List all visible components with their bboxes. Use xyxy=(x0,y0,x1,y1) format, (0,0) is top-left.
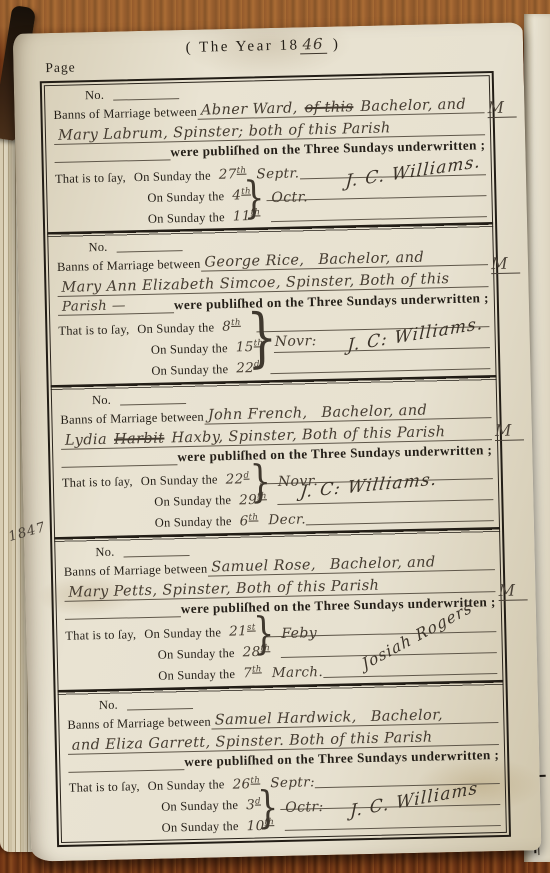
banns-label: Banns of Marriage between xyxy=(64,562,208,580)
that-is-label: That is to ſay, xyxy=(55,170,126,187)
day-number: 27 xyxy=(219,166,237,182)
second-sunday-row: On Sunday the 28th xyxy=(158,638,497,662)
parish-overflow: Parish — xyxy=(62,298,126,315)
parish-overflow-line xyxy=(68,769,184,773)
entry-number-blank xyxy=(127,708,193,710)
groom-name: Abner Ward, xyxy=(201,100,298,118)
year-header: ( The Year 1846 ) xyxy=(13,31,513,61)
ruled-line xyxy=(306,520,494,525)
on-sunday-label: On Sunday the xyxy=(151,362,228,379)
month: March. xyxy=(272,664,324,681)
on-sunday-label: On Sunday the xyxy=(158,667,235,684)
page-number-label: Page xyxy=(45,59,76,76)
groom-name: John French, xyxy=(208,405,308,423)
ruled-line xyxy=(284,825,500,831)
brace-month: Feby xyxy=(281,625,317,642)
third-sunday-row: On Sunday the 6thDecr. xyxy=(155,507,494,531)
on-sunday-label: On Sunday the xyxy=(148,210,225,227)
third-sunday-row: On Sunday the 10th xyxy=(162,812,501,836)
entry-number-row: No. xyxy=(85,86,179,103)
groom-line: Samuel Hardwick, Bachelor, xyxy=(211,706,499,730)
parish-overflow-line xyxy=(55,159,171,163)
month-brace: } xyxy=(246,309,278,369)
month-brace: } xyxy=(249,462,271,503)
no-label: No. xyxy=(85,88,104,103)
on-sunday-label: On Sunday the xyxy=(154,493,231,510)
no-label: No. xyxy=(92,393,111,408)
parish-overflow-line xyxy=(62,464,178,468)
on-sunday-label: On Sunday the xyxy=(161,798,238,815)
third-sunday-row: On Sunday the 7thMarch. xyxy=(158,659,497,683)
entry-number-row: No. xyxy=(95,543,189,560)
banns-entry: No. Banns of Marriage between Abner Ward… xyxy=(45,76,492,232)
banns-entry: No. Banns of Marriage between Samuel Ros… xyxy=(55,533,502,689)
entry-number-blank xyxy=(113,98,179,100)
groom-line: Abner Ward, of this Bachelor, and xyxy=(197,96,485,120)
banns-entry: No. Banns of Marriage between George Ric… xyxy=(48,228,495,384)
banns-label: Banns of Marriage between xyxy=(67,714,211,732)
margin-mark: M xyxy=(487,97,516,118)
banns-label: Banns of Marriage between xyxy=(53,105,197,123)
day-number: 22 xyxy=(225,471,243,487)
banns-register-table: No. Banns of Marriage between Abner Ward… xyxy=(40,71,511,847)
year-printed-close: ) xyxy=(333,36,341,52)
brace-month: Octr. xyxy=(271,189,308,206)
entry-number-row: No. xyxy=(88,239,182,256)
groom-line: John French, Bachelor, and xyxy=(204,401,492,425)
groom-line: George Rice, Bachelor, and xyxy=(200,249,488,273)
on-sunday-label: On Sunday the xyxy=(144,625,221,642)
that-is-label: That is to ſay, xyxy=(62,475,133,492)
month-brace: } xyxy=(257,788,279,829)
on-sunday-label: On Sunday the xyxy=(141,473,218,490)
sunday-date-3: 6thDecr. xyxy=(240,511,307,529)
on-sunday-label: On Sunday the xyxy=(151,341,228,358)
entry-number-row: No. xyxy=(92,391,186,408)
parish-overflow-line: Parish — xyxy=(58,297,174,317)
entry-number-blank xyxy=(124,555,190,557)
day-suffix: th xyxy=(248,512,258,522)
groom-line: Samuel Rose, Bachelor, and xyxy=(207,553,495,577)
on-sunday-label: On Sunday the xyxy=(155,514,232,531)
banns-entry: No. Banns of Marriage between Samuel Har… xyxy=(59,686,506,842)
on-sunday-label: On Sunday the xyxy=(162,819,239,836)
banns-label: Banns of Marriage between xyxy=(60,409,204,427)
month-brace: } xyxy=(253,614,275,655)
that-is-label: That is to ſay, xyxy=(58,322,129,339)
month: Decr. xyxy=(268,512,306,529)
groom-condition: Bachelor, and xyxy=(360,97,466,115)
day-number: 6 xyxy=(240,513,249,529)
margin-mark: M xyxy=(498,581,527,602)
day-number: 21 xyxy=(229,623,247,639)
groom-condition: Bachelor, xyxy=(371,707,444,725)
month-brace: } xyxy=(243,178,265,219)
day-suffix: d xyxy=(243,470,249,480)
photo-of-banns-register: { "header": { "page_label": "Page", "yea… xyxy=(0,0,550,873)
groom-name: Samuel Hardwick, xyxy=(215,709,357,728)
brace-month: Octr: xyxy=(285,799,324,816)
third-sunday-row: On Sunday the 22d xyxy=(151,355,490,379)
brace-month: Novr: xyxy=(275,333,317,350)
that-is-label: That is to ſay, xyxy=(65,627,136,644)
second-sunday-row: On Sunday the 4th xyxy=(147,181,486,205)
ruled-line xyxy=(323,673,497,678)
banns-entry: No. Banns of Marriage between John Frenc… xyxy=(52,381,499,537)
bride-name: Lydia xyxy=(65,432,107,449)
no-label: No. xyxy=(88,240,107,255)
ruled-line xyxy=(271,216,487,222)
third-sunday-row: On Sunday the 11th xyxy=(148,202,487,226)
on-sunday-label: On Sunday the xyxy=(148,777,225,794)
on-sunday-label: On Sunday the xyxy=(134,168,211,185)
groom-condition: Bachelor, and xyxy=(321,402,427,420)
sunday-date-3: 7thMarch. xyxy=(243,663,323,681)
bride-struck-text: Harbit xyxy=(114,430,165,447)
groom-name: Samuel Rose, xyxy=(211,557,316,575)
day-suffix: th xyxy=(252,665,262,675)
groom-name: George Rice, xyxy=(204,253,304,271)
ruled-line xyxy=(270,368,490,374)
banns-label: Banns of Marriage between xyxy=(57,257,201,275)
that-is-label: That is to ſay, xyxy=(69,779,140,796)
day-suffix: th xyxy=(231,318,241,328)
entry-number-blank xyxy=(120,403,186,405)
margin-mark: M xyxy=(495,420,524,441)
parish-overflow-line xyxy=(65,616,181,620)
published-label: were publiſhed on the Three Sundays unde… xyxy=(174,291,489,314)
day-number: 3 xyxy=(246,797,255,813)
bride-condition: Haxby, Spinster, Both of this Parish xyxy=(171,424,445,446)
day-number: 7 xyxy=(243,665,252,681)
day-number: 26 xyxy=(232,776,250,792)
day-number: 4 xyxy=(232,187,241,203)
register-page: ( The Year 1846 ) Page No. Banns of Marr… xyxy=(13,22,542,861)
groom-struck-text: of this xyxy=(304,99,353,116)
groom-condition: Bachelor, and xyxy=(318,250,424,268)
entries: No. Banns of Marriage between Abner Ward… xyxy=(44,75,507,843)
year-printed-open: ( The Year 18 xyxy=(185,37,299,56)
on-sunday-label: On Sunday the xyxy=(158,646,235,663)
no-label: No. xyxy=(95,545,114,560)
on-sunday-label: On Sunday the xyxy=(147,189,224,206)
on-sunday-label: On Sunday the xyxy=(137,320,214,337)
entry-number-row: No. xyxy=(99,696,193,713)
day-number: 8 xyxy=(222,319,231,335)
entry-number-blank xyxy=(117,250,183,252)
no-label: No. xyxy=(99,697,118,712)
margin-mark: M xyxy=(491,254,520,275)
year-handwritten: 46 xyxy=(299,35,327,55)
groom-condition: Bachelor, and xyxy=(330,555,436,573)
